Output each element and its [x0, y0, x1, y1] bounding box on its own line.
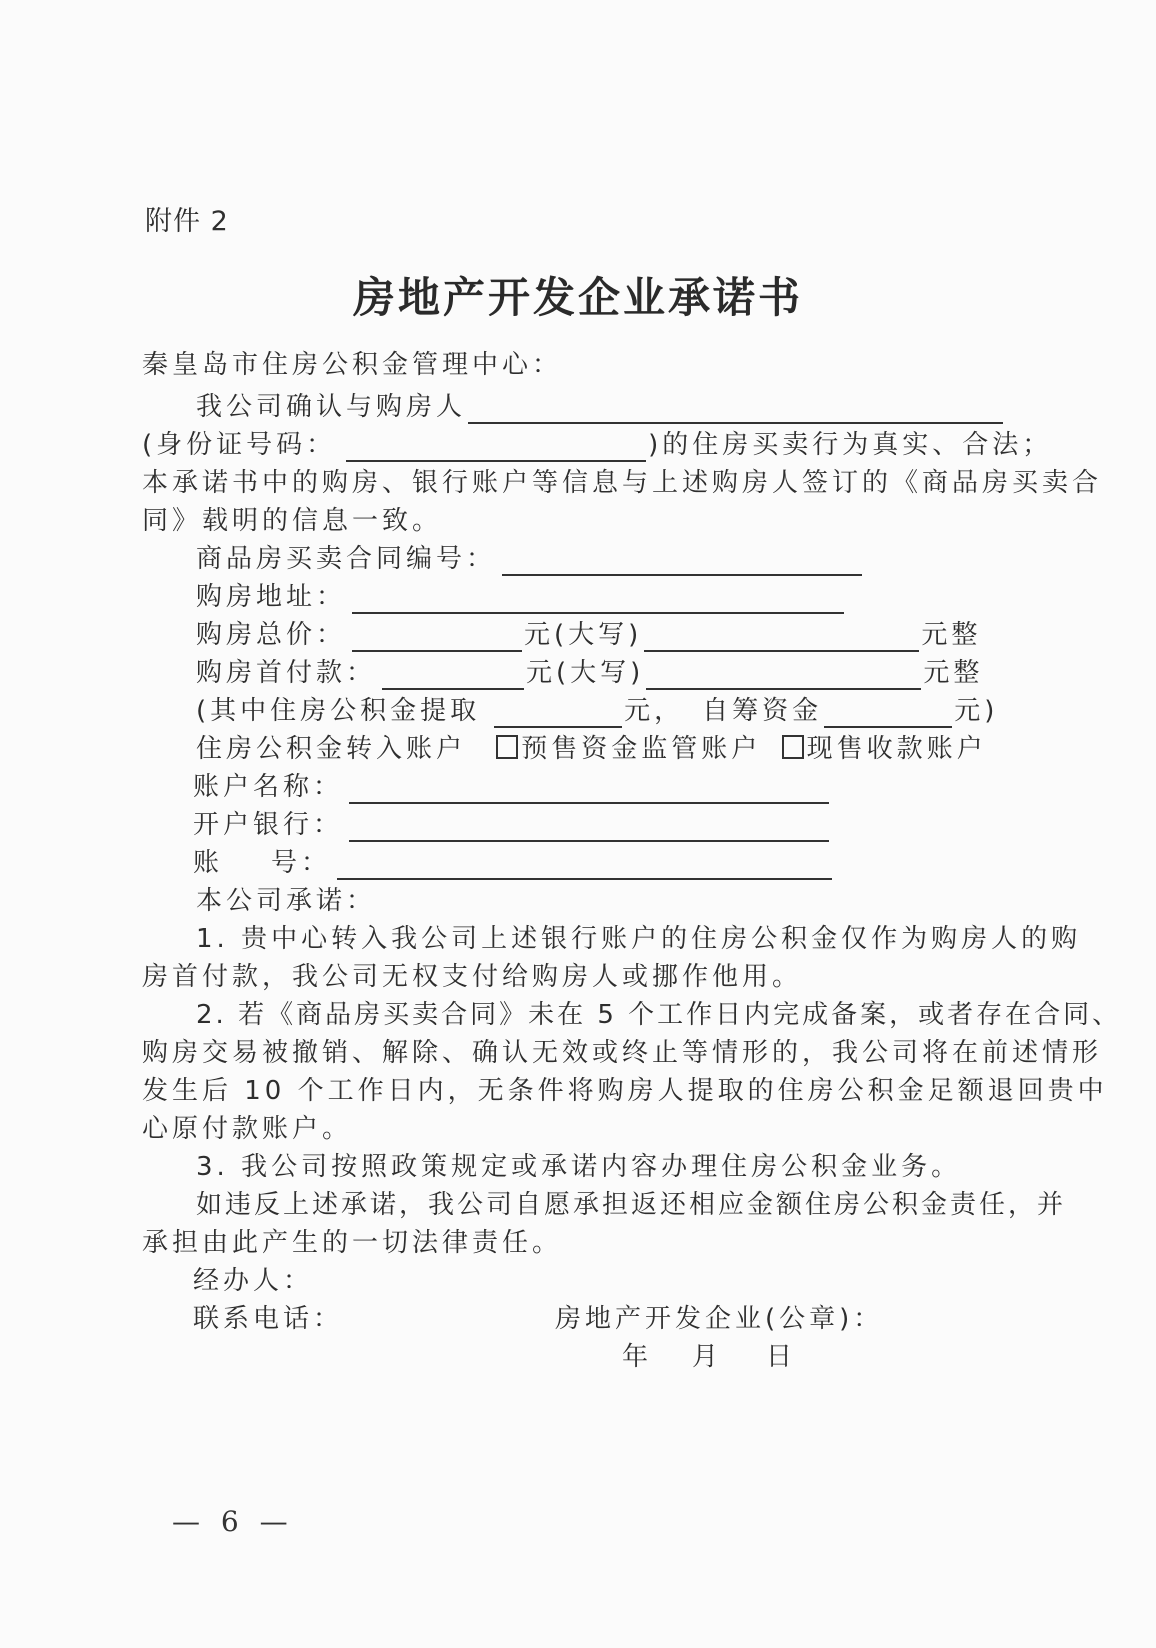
transfer-account-label: 住房公积金转入账户: [196, 734, 466, 764]
commitment-1-line-2: 房首付款，我公司无权支付给购房人或挪作他用。: [142, 960, 802, 994]
down-payment-whole-label: 元整: [923, 658, 983, 688]
account-number-row: 账号：: [193, 846, 834, 880]
total-price-field[interactable]: [352, 626, 522, 652]
date-month-label: 月: [692, 1342, 722, 1372]
intro-line-2-suffix: )的住房买卖行为真实、合法；: [648, 430, 1052, 460]
company-seal-label: 房地产开发企业(公章)：: [555, 1302, 883, 1336]
address-row: 购房地址：: [196, 580, 846, 614]
contract-number-label: 商品房买卖合同编号：: [196, 544, 496, 574]
spot-sale-option[interactable]: 现售收款账户: [782, 734, 987, 764]
attachment-label: 附件 2: [145, 205, 229, 239]
spot-sale-checkbox[interactable]: [782, 735, 804, 759]
down-payment-row: 购房首付款：元(大写)元整: [196, 656, 983, 690]
account-name-field[interactable]: [349, 778, 829, 804]
commitment-2-line-1: 2. 若《商品房买卖合同》未在 5 个工作日内完成备案，或者存在合同、: [196, 998, 1121, 1032]
document-page: 附件 2 房地产开发企业承诺书 秦皇岛市住房公积金管理中心： 我公司确认与购房人…: [0, 0, 1156, 1648]
signature-date: 年月日: [622, 1340, 796, 1374]
spot-sale-option-label: 现售收款账户: [807, 734, 987, 764]
commitment-2-line-4: 心原付款账户。: [142, 1112, 352, 1146]
addressee: 秦皇岛市住房公积金管理中心：: [142, 348, 562, 382]
handler-label: 经办人：: [193, 1264, 313, 1298]
bank-row: 开户银行：: [193, 808, 831, 842]
account-name-label: 账户名称：: [193, 772, 343, 802]
down-payment-label: 购房首付款：: [196, 658, 376, 688]
date-day-label: 日: [766, 1342, 796, 1372]
account-number-field[interactable]: [337, 854, 832, 880]
violation-line-1: 如违反上述承诺，我公司自愿承担返还相应金额住房公积金责任，并: [196, 1188, 1066, 1222]
self-funding-label: 自筹资金: [702, 696, 822, 726]
intro-buyer-label: 我公司确认与购房人: [196, 392, 466, 422]
provident-fund-amount-field[interactable]: [494, 702, 622, 728]
id-number-label: (身份证号码：: [142, 430, 336, 460]
contract-number-row: 商品房买卖合同编号：: [196, 542, 864, 576]
presale-option-label: 预售资金监管账户: [521, 734, 761, 764]
transfer-account-row: 住房公积金转入账户 预售资金监管账户 现售收款账户: [196, 732, 987, 766]
commitments-heading: 本公司承诺：: [196, 884, 376, 918]
account-number-label-a: 账: [193, 848, 223, 878]
commitment-2-line-2: 购房交易被撤销、解除、确认无效或终止等情形的，我公司将在前述情形: [142, 1036, 1102, 1070]
id-number-field[interactable]: [346, 436, 646, 462]
total-price-capital-field[interactable]: [644, 626, 919, 652]
commitment-2-line-3: 发生后 10 个工作日内，无条件将购房人提取的住房公积金足额退回贵中: [142, 1074, 1108, 1108]
commitment-3: 3. 我公司按照政策规定或承诺内容办理住房公积金业务。: [196, 1150, 961, 1184]
total-price-whole-label: 元整: [921, 620, 981, 650]
total-price-capital-label: 元(大写): [524, 620, 642, 650]
provident-fund-unit: 元，: [624, 696, 684, 726]
address-label: 购房地址：: [196, 582, 346, 612]
self-funding-amount-field[interactable]: [824, 702, 952, 728]
total-price-label: 购房总价：: [196, 620, 346, 650]
down-payment-capital-field[interactable]: [646, 664, 921, 690]
total-price-row: 购房总价：元(大写)元整: [196, 618, 981, 652]
intro-line-1: 我公司确认与购房人: [196, 390, 1005, 424]
account-name-row: 账户名称：: [193, 770, 831, 804]
bank-field[interactable]: [349, 816, 829, 842]
buyer-name-field[interactable]: [468, 398, 1003, 424]
presale-checkbox[interactable]: [496, 735, 518, 759]
violation-line-2: 承担由此产生的一切法律责任。: [142, 1226, 562, 1260]
down-payment-capital-label: 元(大写): [526, 658, 644, 688]
contract-number-field[interactable]: [502, 550, 862, 576]
self-funding-unit: 元): [954, 696, 998, 726]
date-year-label: 年: [622, 1342, 652, 1372]
page-number: — 6 —: [172, 1505, 294, 1538]
presale-option[interactable]: 预售资金监管账户: [496, 734, 761, 764]
bank-label: 开户银行：: [193, 810, 343, 840]
address-field[interactable]: [352, 588, 844, 614]
intro-line-3: 本承诺书中的购房、银行账户等信息与上述购房人签订的《商品房买卖合: [142, 466, 1102, 500]
commitment-1-line-1: 1. 贵中心转入我公司上述银行账户的住房公积金仅作为购房人的购: [196, 922, 1081, 956]
down-payment-field[interactable]: [382, 664, 524, 690]
funding-breakdown-row: (其中住房公积金提取元，自筹资金元): [196, 694, 998, 728]
document-title: 房地产开发企业承诺书: [0, 265, 1156, 325]
account-number-label-b: 号：: [271, 848, 331, 878]
intro-line-2: (身份证号码：)的住房买卖行为真实、合法；: [142, 428, 1052, 462]
phone-label: 联系电话：: [193, 1302, 343, 1336]
provident-fund-label: (其中住房公积金提取: [196, 696, 480, 726]
intro-line-4: 同》载明的信息一致。: [142, 504, 442, 538]
